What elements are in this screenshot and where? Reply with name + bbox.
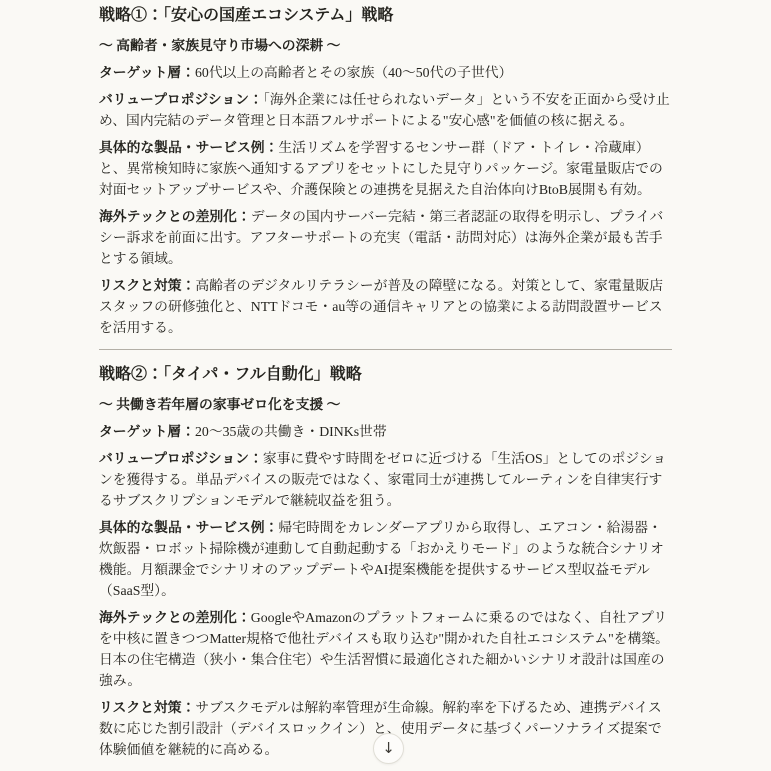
strategy-section-1: 戦略①：「安心の国産エコシステム」戦略 〜 高齢者・家族見守り市場への深耕 〜 …	[99, 4, 672, 338]
section-subheading: 〜 高齢者・家族見守り市場への深耕 〜	[99, 35, 672, 56]
paragraph-label: 海外テックとの差別化：	[99, 209, 251, 224]
scroll-down-button[interactable]: ↓	[373, 733, 404, 764]
section-subheading: 〜 共働き若年層の家事ゼロ化を支援 〜	[99, 394, 672, 415]
strategy-section-2: 戦略②：「タイパ・フル自動化」戦略 〜 共働き若年層の家事ゼロ化を支援 〜 ター…	[99, 363, 672, 760]
paragraph-differentiation: 海外テックとの差別化：GoogleやAmazonのプラットフォームに乗るのではな…	[99, 607, 672, 691]
paragraph-target: ターゲット層：60代以上の高齢者とその家族（40〜50代の子世代）	[99, 62, 672, 83]
paragraph-label: リスクと対策：	[99, 278, 195, 293]
strategy-document: 戦略①：「安心の国産エコシステム」戦略 〜 高齢者・家族見守り市場への深耕 〜 …	[99, 4, 672, 766]
paragraph-value-proposition: バリュープロポジション：「海外企業には任せられないデータ」という不安を正面から受…	[99, 89, 672, 131]
paragraph-label: 海外テックとの差別化：	[99, 610, 251, 625]
paragraph-product-examples: 具体的な製品・サービス例：帰宅時間をカレンダーアプリから取得し、エアコン・給湯器…	[99, 517, 672, 601]
paragraph-label: バリュープロポジション：	[99, 451, 263, 466]
paragraph-text: 60代以上の高齢者とその家族（40〜50代の子世代）	[195, 65, 512, 80]
paragraph-differentiation: 海外テックとの差別化：データの国内サーバー完結・第三者認証の取得を明示し、プライ…	[99, 206, 672, 269]
section-heading: 戦略①：「安心の国産エコシステム」戦略	[99, 4, 672, 28]
paragraph-label: リスクと対策：	[99, 700, 195, 715]
paragraph-label: 具体的な製品・サービス例：	[99, 140, 278, 155]
paragraph-target: ターゲット層：20〜35歳の共働き・DINKs世帯	[99, 421, 672, 442]
paragraph-label: ターゲット層：	[99, 65, 195, 80]
paragraph-product-examples: 具体的な製品・サービス例：生活リズムを学習するセンサー群（ドア・トイレ・冷蔵庫）…	[99, 137, 672, 200]
paragraph-risks: リスクと対策：高齢者のデジタルリテラシーが普及の障壁になる。対策として、家電量販…	[99, 275, 672, 338]
paragraph-label: ターゲット層：	[99, 424, 195, 439]
paragraph-label: バリュープロポジション：	[99, 92, 263, 107]
paragraph-text: 20〜35歳の共働き・DINKs世帯	[195, 424, 387, 439]
paragraph-label: 具体的な製品・サービス例：	[99, 520, 278, 535]
section-divider	[99, 349, 672, 350]
section-heading: 戦略②：「タイパ・フル自動化」戦略	[99, 363, 672, 387]
paragraph-value-proposition: バリュープロポジション：家事に費やす時間をゼロに近づける「生活OS」としてのポジ…	[99, 448, 672, 511]
arrow-down-icon: ↓	[382, 741, 395, 756]
